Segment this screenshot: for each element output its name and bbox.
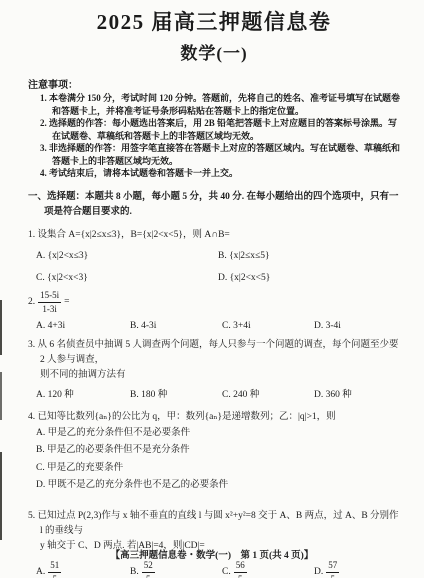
question-4-stem: 4. 已知等比数列{aₙ}的公比为 q，甲：数列{aₙ}是递增数列；乙：|q|>…	[28, 410, 400, 425]
fraction-denominator: 5	[142, 573, 155, 578]
question-4: 4. 已知等比数列{aₙ}的公比为 q，甲：数列{aₙ}是递增数列；乙：|q|>…	[28, 410, 400, 495]
notices-heading: 注意事项：	[28, 79, 400, 92]
option-c: C. {x|2<x<3}	[36, 272, 218, 285]
question-1-stem: 1. 设集合 A={x|2≤x≤3}，B={x|2<x<5}，则 A∩B=	[28, 228, 400, 243]
question-5: 5. 已知过点 P(2,3)作与 x 轴不垂直的直线 l 与圆 x²+y²=8 …	[28, 509, 400, 578]
page-title: 2025 届高三押题信息卷	[28, 10, 400, 34]
exam-page: 2025 届高三押题信息卷 数学(一) 注意事项： 1. 本卷满分 150 分，…	[0, 0, 424, 578]
fraction: 575	[326, 560, 339, 578]
equals-sign: =	[64, 297, 69, 307]
page-subtitle: 数学(一)	[28, 43, 400, 65]
question-5-stem-line-1: 5. 已知过点 P(2,3)作与 x 轴不垂直的直线 l 与圆 x²+y²=8 …	[28, 509, 400, 539]
option-d: D. 575	[314, 560, 400, 578]
option-d: D. 甲既不是乙的充分条件也不是乙的必要条件	[36, 477, 400, 495]
option-c: C. 565	[222, 560, 314, 578]
fraction-denominator: 5	[326, 573, 339, 578]
question-3-stem-line-1: 3. 从 6 名侦查员中抽调 5 人调查两个问题，每人只参与一个问题的调查，每个…	[28, 338, 400, 368]
scan-artifact	[0, 452, 2, 540]
question-3: 3. 从 6 名侦查员中抽调 5 人调查两个问题，每人只参与一个问题的调查，每个…	[28, 338, 400, 402]
fraction: 525	[142, 560, 155, 578]
option-label: C.	[222, 566, 231, 578]
notice-item: 1. 本卷满分 150 分，考试时间 120 分钟。答题前，先将自己的姓名、准考…	[28, 92, 400, 117]
question-5-options: A. 515 B. 525 C. 565 D. 575	[28, 560, 400, 578]
option-d: D. 360 种	[314, 389, 400, 402]
question-3-options: A. 120 种 B. 180 种 C. 240 种 D. 360 种	[28, 389, 400, 402]
option-c: C. 3+4i	[222, 320, 314, 333]
question-2-stem: 2. 15-5i1-3i =	[28, 290, 400, 315]
option-label: D.	[314, 566, 323, 578]
option-a: A. 4+3i	[36, 320, 130, 333]
option-d: D. 3-4i	[314, 320, 400, 333]
notices-section: 注意事项： 1. 本卷满分 150 分，考试时间 120 分钟。答题前，先将自己…	[28, 79, 400, 180]
fraction-numerator: 15-5i	[38, 290, 61, 303]
fraction-denominator: 1-3i	[38, 303, 61, 315]
fraction: 15-5i1-3i	[38, 290, 61, 315]
fraction: 515	[48, 560, 61, 578]
question-1-options: A. {x|2<x≤3} B. {x|2≤x≤5} C. {x|2<x<3} D…	[28, 250, 400, 285]
question-2: 2. 15-5i1-3i = A. 4+3i B. 4-3i C. 3+4i D…	[28, 290, 400, 333]
option-label: B.	[130, 566, 139, 578]
fraction-numerator: 52	[142, 560, 155, 573]
notice-item: 2. 选择题的作答：每小题选出答案后，用 2B 铅笔把答题卡上对应题目的答案标号…	[28, 117, 400, 142]
option-b: B. 4-3i	[130, 320, 222, 333]
fraction-numerator: 51	[48, 560, 61, 573]
option-b: B. 525	[130, 560, 222, 578]
notice-item: 4. 考试结束后，请将本试题卷和答题卡一并上交。	[28, 167, 400, 180]
question-4-options: A. 甲是乙的充分条件但不是必要条件 B. 甲是乙的必要条件但不是充分条件 C.…	[28, 425, 400, 495]
fraction-denominator: 5	[48, 573, 61, 578]
scan-artifact	[0, 300, 2, 355]
notice-item: 3. 非选择题的作答：用签字笔直接答在答题卡上对应的答题区域内。写在试题卷、草稿…	[28, 142, 400, 167]
question-number: 2.	[28, 297, 35, 307]
option-a: A. {x|2<x≤3}	[36, 250, 218, 263]
question-2-options: A. 4+3i B. 4-3i C. 3+4i D. 3-4i	[28, 320, 400, 333]
fraction-numerator: 56	[234, 560, 247, 573]
option-label: A.	[36, 566, 45, 578]
option-c: C. 240 种	[222, 389, 314, 402]
fraction-denominator: 5	[234, 573, 247, 578]
option-b: B. {x|2≤x≤5}	[218, 250, 400, 263]
fraction: 565	[234, 560, 247, 578]
option-a: A. 120 种	[36, 389, 130, 402]
option-d: D. {x|2<x<5}	[218, 272, 400, 285]
section-one-heading: 一、选择题：本题共 8 小题，每小题 5 分，共 40 分. 在每小题给出的四个…	[28, 190, 400, 220]
fraction-numerator: 57	[326, 560, 339, 573]
option-a: A. 甲是乙的充分条件但不是必要条件	[36, 425, 400, 443]
page-footer: 【高三押题信息卷・数学(一) 第 1 页(共 4 页)】	[0, 547, 424, 561]
question-1: 1. 设集合 A={x|2≤x≤3}，B={x|2<x<5}，则 A∩B= A.…	[28, 228, 400, 285]
scan-artifact	[0, 372, 2, 420]
option-c: C. 甲是乙的充要条件	[36, 460, 400, 478]
option-a: A. 515	[36, 560, 130, 578]
question-3-stem-line-2: 则不同的抽调方法有	[28, 368, 400, 383]
option-b: B. 甲是乙的必要条件但不是充分条件	[36, 442, 400, 460]
option-b: B. 180 种	[130, 389, 222, 402]
